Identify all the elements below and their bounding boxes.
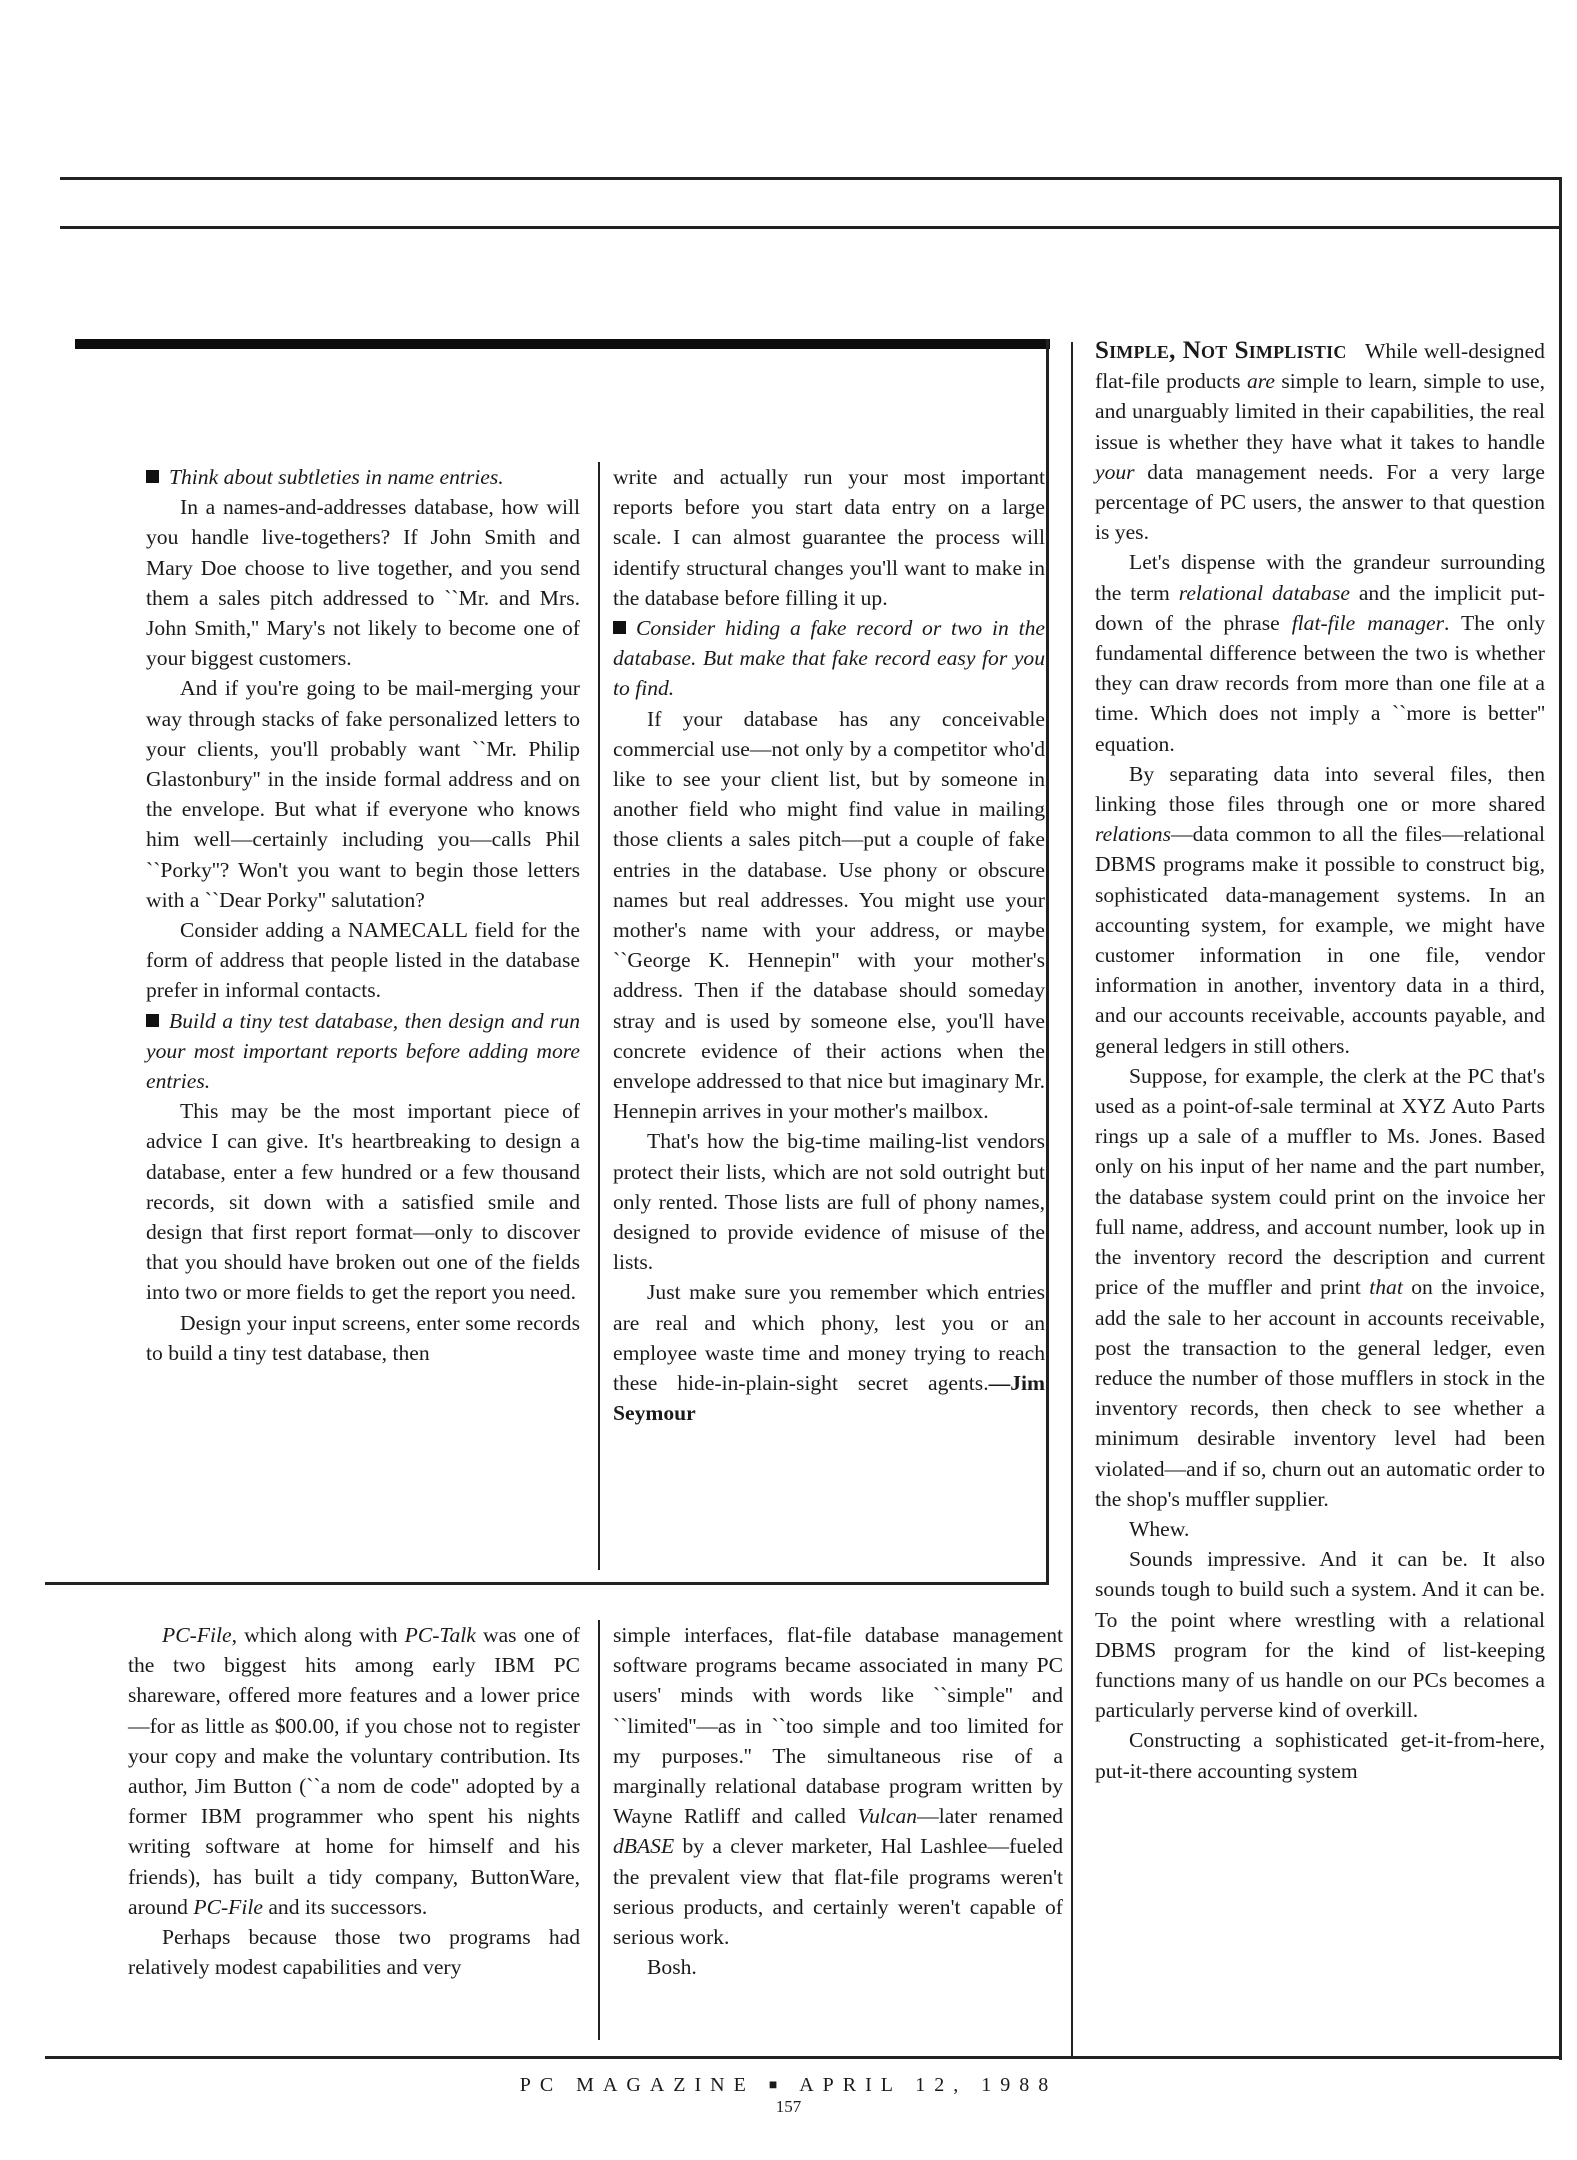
paragraph: Let's dispense with the grandeur surroun… <box>1095 547 1545 758</box>
sidebar-right-edge <box>1046 339 1049 1585</box>
paragraph: In a names-and-addresses database, how w… <box>146 492 580 673</box>
tip-heading: Build a tiny test database, then design … <box>146 1006 580 1097</box>
square-bullet-icon <box>146 470 159 483</box>
paragraph: Whew. <box>1095 1514 1545 1544</box>
paragraph: Suppose, for example, the clerk at the P… <box>1095 1061 1545 1514</box>
main-column-lower-left: PC-File, which along with PC-Talk was on… <box>128 1620 580 1982</box>
issue-date: APRIL 12, 1988 <box>799 2074 1057 2096</box>
main-column-lower-middle: simple interfaces, flat-file database ma… <box>613 1620 1063 1982</box>
paragraph: Bosh. <box>613 1952 1063 1982</box>
square-bullet-icon <box>613 621 626 634</box>
tip-heading: Consider hiding a fake record or two in … <box>613 613 1045 704</box>
frame-right-edge <box>1559 177 1562 2060</box>
footer-publication-line: PC MAGAZINE ■ APRIL 12, 1988 <box>0 2074 1577 2097</box>
paragraph: Consider adding a NAMECALL field for the… <box>146 915 580 1006</box>
square-bullet-icon <box>146 1014 159 1027</box>
sidebar-column-divider <box>598 462 600 1570</box>
section-heading: Simple, Not Simplistic <box>1095 337 1347 364</box>
top-rule-1 <box>60 177 1562 180</box>
publication-name: PC MAGAZINE <box>520 2074 755 2096</box>
sidebar-top-thick-rule <box>75 339 1050 349</box>
paragraph: By separating data into several files, t… <box>1095 759 1545 1061</box>
square-separator-icon: ■ <box>769 2078 786 2093</box>
paragraph: Sounds impressive. And it can be. It als… <box>1095 1544 1545 1725</box>
lower-column-divider <box>598 1620 600 2040</box>
paragraph: That's how the big-time mailing-list ven… <box>613 1126 1045 1277</box>
paragraph: If your database has any conceivable com… <box>613 704 1045 1127</box>
sidebar-bottom-rule <box>45 1582 1049 1585</box>
page-footer: PC MAGAZINE ■ APRIL 12, 1988 157 <box>0 2074 1577 2117</box>
sidebar-column-2: write and actually run your most importa… <box>613 462 1045 1429</box>
main-column-right: Simple, Not Simplistic While well-design… <box>1095 336 1545 1786</box>
paragraph: Perhaps because those two programs had r… <box>128 1922 580 1982</box>
paragraph: Constructing a sophisticated get-it-from… <box>1095 1725 1545 1785</box>
sidebar-column-1: Think about subtleties in name entries. … <box>146 462 580 1368</box>
paragraph: PC-File, which along with PC-Talk was on… <box>128 1620 580 1922</box>
tip-heading: Think about subtleties in name entries. <box>146 462 580 492</box>
top-rule-2 <box>60 226 1562 229</box>
bottom-rule <box>45 2056 1562 2059</box>
paragraph: simple interfaces, flat-file database ma… <box>613 1620 1063 1952</box>
paragraph: This may be the most important piece of … <box>146 1096 580 1307</box>
paragraph: Just make sure you remember which entrie… <box>613 1277 1045 1428</box>
paragraph: Simple, Not Simplistic While well-design… <box>1095 336 1545 547</box>
paragraph: Design your input screens, enter some re… <box>146 1308 580 1368</box>
column-divider-right <box>1071 342 1073 2058</box>
page-number: 157 <box>0 2097 1577 2117</box>
paragraph: And if you're going to be mail-merging y… <box>146 673 580 915</box>
paragraph: write and actually run your most importa… <box>613 462 1045 613</box>
